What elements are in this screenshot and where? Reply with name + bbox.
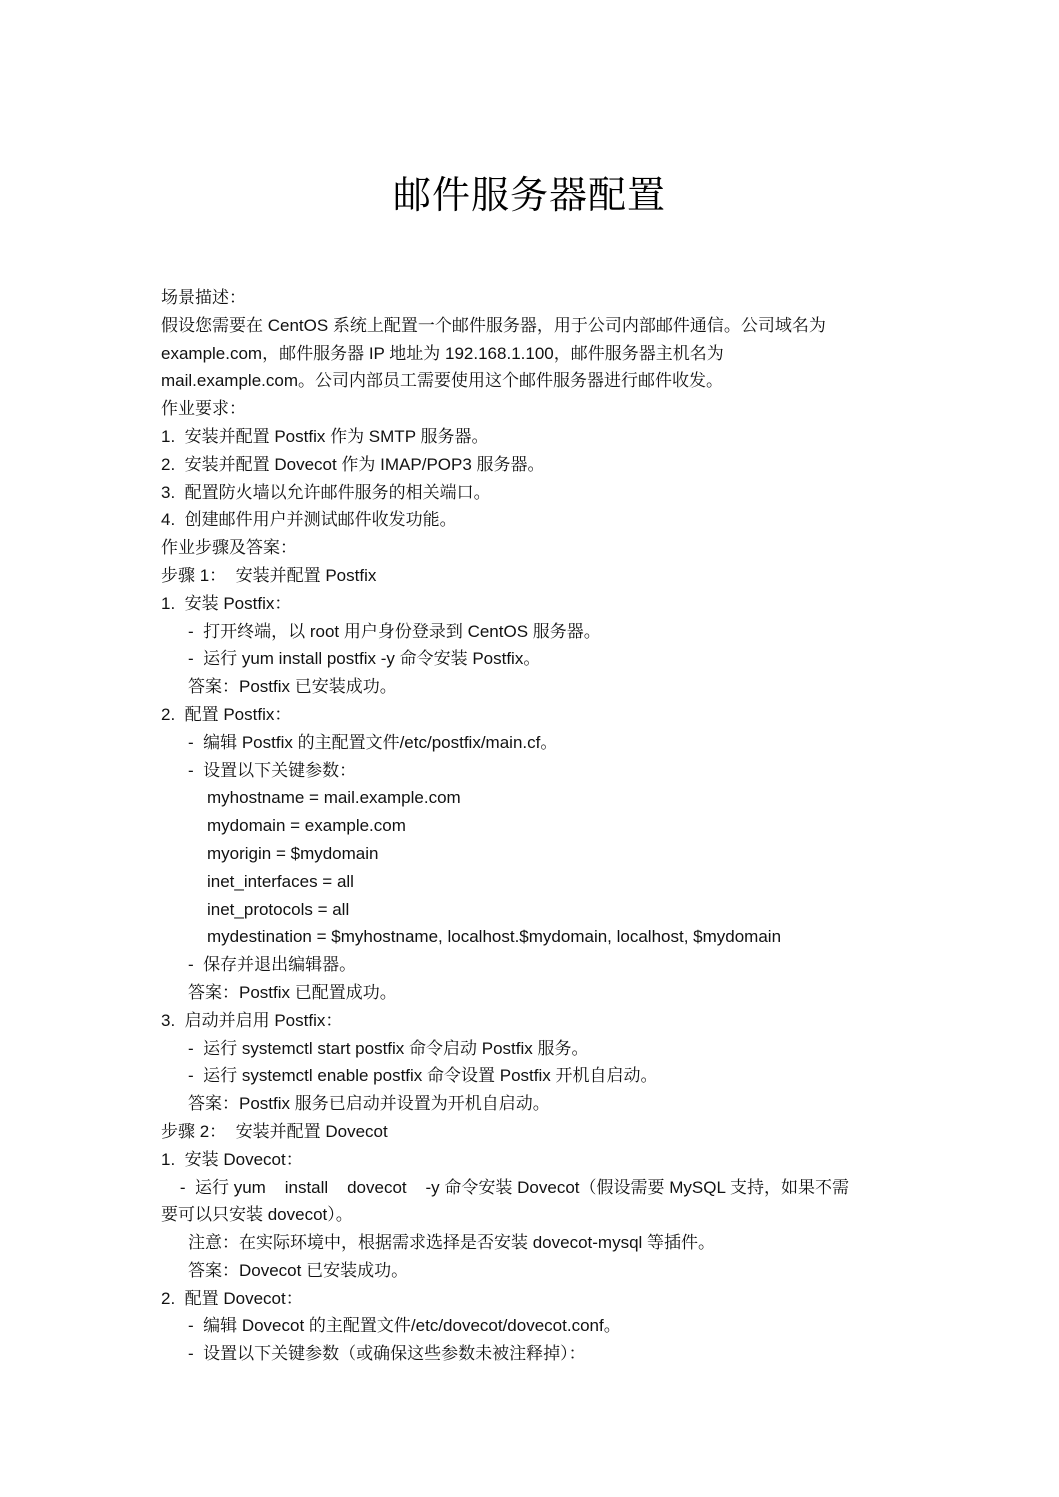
step2-sub1-item-line2: 要可以只安装 dovecot）。 [161, 1201, 901, 1229]
scenario-heading: 场景描述： [161, 284, 901, 312]
step1-sub3-item: - 运行 systemctl start postfix 命令启动 Postfi… [161, 1035, 901, 1063]
config-param: myhostname = mail.example.com [161, 784, 901, 812]
scenario-line: 假设您需要在 CentOS 系统上配置一个邮件服务器，用于公司内部邮件通信。公司… [161, 312, 901, 340]
steps-heading: 作业步骤及答案： [161, 534, 901, 562]
step2-sub1-answer: 答案：Dovecot 已安装成功。 [161, 1257, 901, 1285]
step2-sub1-item-line1: - 运行 yum install dovecot -y 命令安装 Dovecot… [161, 1174, 901, 1202]
step1-sub1-heading: 1. 安装 Postfix： [161, 590, 901, 618]
step2-sub1-note: 注意：在实际环境中，根据需求选择是否安装 dovecot-mysql 等插件。 [161, 1229, 901, 1257]
step1-heading: 步骤 1： 安装并配置 Postfix [161, 562, 901, 590]
step1-sub1-answer: 答案：Postfix 已安装成功。 [161, 673, 901, 701]
step1-sub2-item: - 编辑 Postfix 的主配置文件/etc/postfix/main.cf。 [161, 729, 901, 757]
step2-sub2-item: - 编辑 Dovecot 的主配置文件/etc/dovecot/dovecot.… [161, 1312, 901, 1340]
step2-sub1-heading: 1. 安装 Dovecot： [161, 1146, 901, 1174]
step2-sub2-heading: 2. 配置 Dovecot： [161, 1285, 901, 1313]
document-body: 场景描述： 假设您需要在 CentOS 系统上配置一个邮件服务器，用于公司内部邮… [161, 284, 901, 1368]
step1-sub2-save: - 保存并退出编辑器。 [161, 951, 901, 979]
document-page: 邮件服务器配置 场景描述： 假设您需要在 CentOS 系统上配置一个邮件服务器… [0, 0, 1059, 1497]
step1-sub2-answer: 答案：Postfix 已配置成功。 [161, 979, 901, 1007]
step2-heading: 步骤 2： 安装并配置 Dovecot [161, 1118, 901, 1146]
scenario-line: mail.example.com。公司内部员工需要使用这个邮件服务器进行邮件收发… [161, 367, 901, 395]
step1-sub1-item: - 打开终端，以 root 用户身份登录到 CentOS 服务器。 [161, 618, 901, 646]
step1-sub3-answer: 答案：Postfix 服务已启动并设置为开机自启动。 [161, 1090, 901, 1118]
step1-sub1-item: - 运行 yum install postfix -y 命令安装 Postfix… [161, 645, 901, 673]
scenario-line: example.com，邮件服务器 IP 地址为 192.168.1.100，邮… [161, 340, 901, 368]
step1-sub3-heading: 3. 启动并启用 Postfix： [161, 1007, 901, 1035]
config-param: mydomain = example.com [161, 812, 901, 840]
step1-sub2-heading: 2. 配置 Postfix： [161, 701, 901, 729]
requirement-item: 2. 安装并配置 Dovecot 作为 IMAP/POP3 服务器。 [161, 451, 901, 479]
requirements-heading: 作业要求： [161, 395, 901, 423]
step1-sub3-item: - 运行 systemctl enable postfix 命令设置 Postf… [161, 1062, 901, 1090]
config-param: mydestination = $myhostname, localhost.$… [161, 923, 901, 951]
step1-sub2-item: - 设置以下关键参数： [161, 757, 901, 785]
config-param: myorigin = $mydomain [161, 840, 901, 868]
requirement-item: 1. 安装并配置 Postfix 作为 SMTP 服务器。 [161, 423, 901, 451]
config-param: inet_protocols = all [161, 896, 901, 924]
requirement-item: 4. 创建邮件用户并测试邮件收发功能。 [161, 506, 901, 534]
config-param: inet_interfaces = all [161, 868, 901, 896]
requirement-item: 3. 配置防火墙以允许邮件服务的相关端口。 [161, 479, 901, 507]
step2-sub2-item: - 设置以下关键参数（或确保这些参数未被注释掉）： [161, 1340, 901, 1368]
document-title: 邮件服务器配置 [0, 164, 1059, 219]
